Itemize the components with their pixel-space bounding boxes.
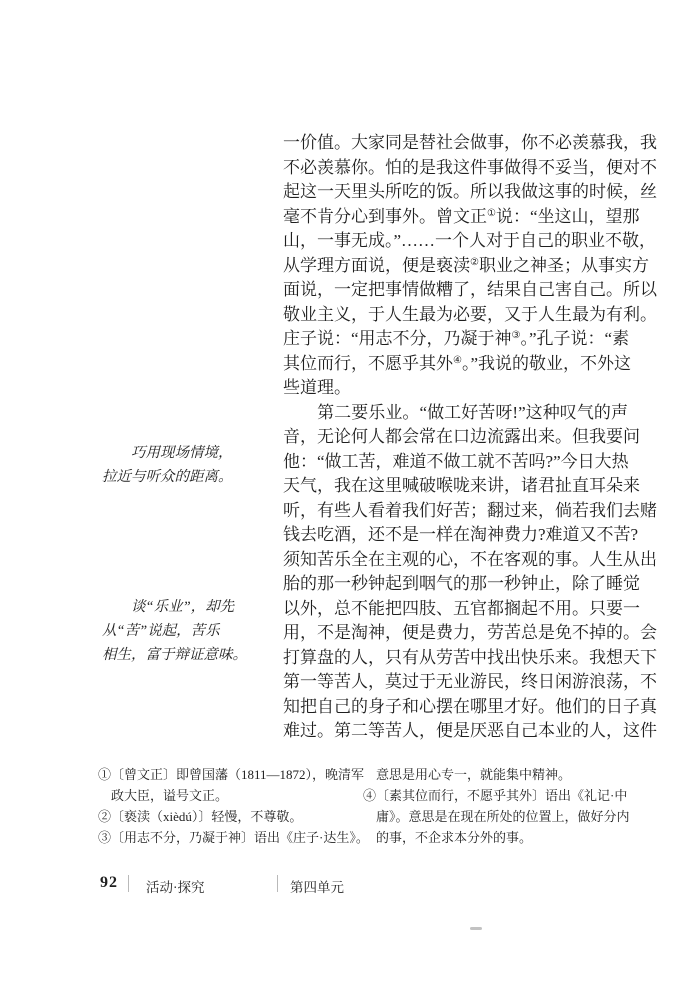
margin-note-line: 谈“乐业”，却先 bbox=[102, 595, 254, 619]
footer-unit-title: 第四单元 bbox=[290, 876, 344, 896]
footnote-line: 政大臣，谥号文正。 bbox=[98, 785, 360, 806]
footnote-line: 的事，不企求本分外的事。 bbox=[363, 827, 630, 848]
footnote-line: 意思是用心专一，就能集中精神。 bbox=[363, 764, 630, 785]
page-footer: 92 活动·探究 第四单元 bbox=[0, 872, 700, 896]
text-line: 起这一天里头所吃的饭。所以我做这事的时候，丝 bbox=[283, 180, 628, 205]
text-line: 钱去吃酒，还不是一样在淘神费力?难道又不苦? bbox=[283, 523, 628, 548]
text-line: 天气，我在这里喊破喉咙来讲，诸君扯直耳朵来 bbox=[283, 474, 628, 499]
margin-note-line: 从“苦”说起，苦乐 bbox=[102, 619, 254, 643]
footer-divider-2 bbox=[277, 875, 278, 892]
text-line: 一价值。大家同是替社会做事，你不必羡慕我，我 bbox=[283, 131, 628, 156]
margin-note-line: 拉近与听众的距离。 bbox=[102, 465, 254, 489]
text-line: 敬业主义，于人生最为必要，又于人生最为有利。 bbox=[283, 303, 628, 328]
margin-note-2: 谈“乐业”，却先从“苦”说起，苦乐相生，富于辩证意味。 bbox=[102, 595, 254, 667]
text-line: 毫不肯分心到事外。曾文正①说：“坐这山，望那 bbox=[283, 205, 628, 230]
footnote-line: ①〔曾文正〕即曾国藩（1811—1872），晚清军 bbox=[98, 764, 360, 785]
textbook-page: 巧用现场情境，拉近与听众的距离。 谈“乐业”，却先从“苦”说起，苦乐相生，富于辩… bbox=[0, 0, 700, 989]
footnote-ref-mark: ③ bbox=[512, 330, 521, 341]
footnotes-left-column: ①〔曾文正〕即曾国藩（1811—1872），晚清军 政大臣，谥号文正。②〔亵渎（… bbox=[98, 764, 360, 848]
text-line: 用，不是淘神，便是费力，劳苦总是免不掉的。会 bbox=[283, 621, 628, 646]
footnotes-right-column: 意思是用心专一，就能集中精神。④〔素其位而行，不愿乎其外〕语出《礼记·中 庸》。… bbox=[363, 764, 630, 848]
footnote-ref-mark: ① bbox=[487, 208, 496, 219]
scan-artifact bbox=[470, 927, 482, 930]
text-line: 胎的那一秒钟起到咽气的那一秒钟止，除了睡觉 bbox=[283, 572, 628, 597]
text-line: 山，一事无成。”……一个人对于自己的职业不敬， bbox=[283, 229, 628, 254]
text-line: 其位而行，不愿乎其外④。”我说的敬业，不外这 bbox=[283, 352, 628, 377]
text-line: 第一等苦人，莫过于无业游民，终日闲游浪荡，不 bbox=[283, 670, 628, 695]
text-line: 第二要乐业。“做工好苦呀!”这种叹气的声 bbox=[283, 401, 628, 426]
text-line: 不必羡慕你。怕的是我这件事做得不妥当，便对不 bbox=[283, 156, 628, 181]
footnote-line: ④〔素其位而行，不愿乎其外〕语出《礼记·中 bbox=[363, 785, 630, 806]
footer-section-title: 活动·探究 bbox=[146, 876, 205, 896]
main-text: 一价值。大家同是替社会做事，你不必羡慕我，我不必羡慕你。怕的是我这件事做得不妥当… bbox=[283, 131, 628, 744]
text-line: 打算盘的人，只有从劳苦中找出快乐来。我想天下 bbox=[283, 646, 628, 671]
text-line: 知把自己的身子和心摆在哪里才好。他们的日子真 bbox=[283, 695, 628, 720]
text-line: 须知苦乐全在主观的心，不在客观的事。人生从出 bbox=[283, 548, 628, 573]
text-line: 从学理方面说，便是亵渎②职业之神圣；从事实方 bbox=[283, 254, 628, 279]
footnote-line: ②〔亵渎（xièdú）〕轻慢，不尊敬。 bbox=[98, 806, 360, 827]
footnote-ref-mark: ② bbox=[470, 257, 479, 268]
margin-note-line: 相生，富于辩证意味。 bbox=[102, 643, 254, 667]
margin-note-line: 巧用现场情境， bbox=[102, 441, 254, 465]
text-line: 听，有些人看着我们好苦；翻过来，倘若我们去赌 bbox=[283, 499, 628, 524]
page-number: 92 bbox=[100, 874, 118, 892]
margin-note-1: 巧用现场情境，拉近与听众的距离。 bbox=[102, 441, 254, 489]
text-line: 音，无论何人都会常在口边流露出来。但我要问 bbox=[283, 425, 628, 450]
footnote-line: ③〔用志不分，乃凝于神〕语出《庄子·达生》。 bbox=[98, 827, 360, 848]
text-line: 以外，总不能把四肢、五官都搁起不用。只要一 bbox=[283, 597, 628, 622]
text-line: 难过。第二等苦人，便是厌恶自己本业的人，这件 bbox=[283, 719, 628, 744]
text-line: 庄子说：“用志不分，乃凝于神③。”孔子说：“素 bbox=[283, 327, 628, 352]
text-line: 他：“做工苦，难道不做工就不苦吗?”今日大热 bbox=[283, 450, 628, 475]
footer-divider-1 bbox=[128, 875, 129, 892]
footnote-ref-mark: ④ bbox=[453, 355, 462, 366]
text-line: 面说，一定把事情做糟了，结果自己害自己。所以 bbox=[283, 278, 628, 303]
footnote-line: 庸》。意思是在现在所处的位置上，做好分内 bbox=[363, 806, 630, 827]
text-line: 些道理。 bbox=[283, 376, 628, 401]
